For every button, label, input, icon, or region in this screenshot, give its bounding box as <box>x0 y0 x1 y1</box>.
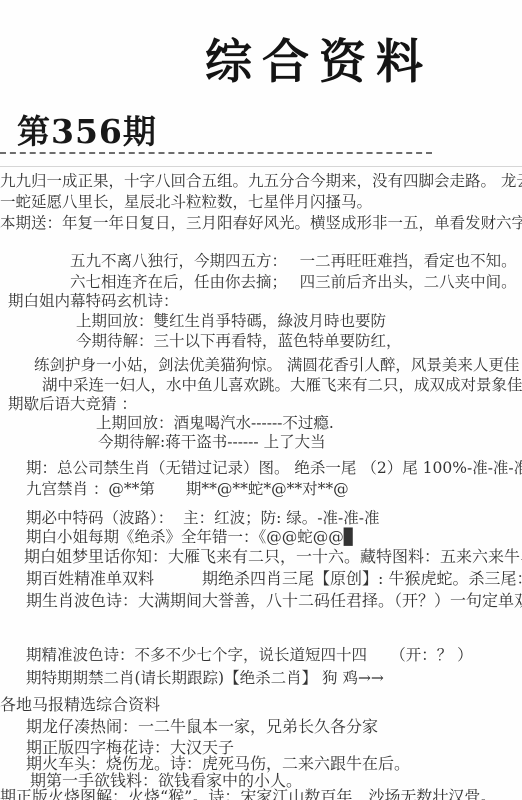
doc-line: 今期待解：三十以下再看特，蓝色特单要防红， <box>0 331 522 352</box>
doc-line: 五九不离八独行，今期四五方： 一二再旺旺难挡，看定也不知。 <box>0 251 522 272</box>
page-title: 综合资料 <box>0 31 522 95</box>
comprehensive-info-page: 综合资料 第356期 九九归一成正果，十字八回合五组。九五分合今期来，没有四脚会… <box>0 0 522 800</box>
doc-line: 上期回放：雙红生肖爭特碼，綠波月時也要防 <box>0 311 522 332</box>
doc-line: 期百姓精准单双料 期绝杀四肖三尾【原创】: 牛猴虎蛇。杀三尾：1、2、3。[开？… <box>0 568 522 589</box>
dashed-separator <box>0 152 432 154</box>
doc-line: 期白小姐每期《绝杀》全年错一：《@@蛇@@▊ <box>0 527 522 548</box>
doc-line: 上期回放：酒鬼喝汽水------不过瘾. <box>0 413 522 434</box>
doc-line: 各地马报精选综合资料 <box>0 694 522 715</box>
doc-line: 期生肖波色诗：大满期间大誉善，八十二码任君择。（开？）一句定单双：一七开三《天 <box>0 590 522 611</box>
document-body: 九九归一成正果，十字八回合五组。九五分合今期来，没有四脚会走路。 龙云三翻江水一… <box>0 169 522 800</box>
doc-line: 期白姐内幕特码玄机诗： <box>0 291 522 312</box>
doc-line: 期歇后语大竞猜 ： <box>0 394 522 415</box>
doc-line: 期龙仔凑热闹：一二牛鼠本一家，兄弟长久各分家 <box>0 716 522 737</box>
issue-heading: 第356期 <box>17 106 157 153</box>
doc-line: 今期待解:蒋干盗书------ 上了大当 <box>0 432 522 453</box>
doc-line: 期正版火烧图解：火烧“猴”。诗：宋家江山数百年，沙场无数壮汉骨。 <box>0 788 522 800</box>
doc-line: 期：总公司禁生肖（无错过记录）图。 绝杀一尾 （2）尾 100%-准-准-准 <box>0 458 522 479</box>
doc-line: 本期送：年复一年日复日，三月阳春好风光。横竖成形非一五，单看发财六字中。 <box>0 213 522 234</box>
faint-separator <box>0 166 522 167</box>
doc-line: 期必中特码（波路）： 主：红波；防: 绿。-准-准-准 <box>0 508 522 529</box>
doc-line: 六七相连齐在后，任由你去摘； 四三前后齐出头，二八夹中间。 <box>0 272 522 293</box>
doc-line: 期火车头：烧伤龙。诗：虎死马伤，二来六跟牛在后。 <box>0 755 522 773</box>
doc-line: 九宫禁肖 ：@**第 期**@**蛇*@**对**@ <box>0 479 522 500</box>
doc-line: 一蛇延愿八里长，星辰北斗粒粒数，七星伴月闪搔马。 <box>0 192 522 213</box>
doc-line: 期精准波色诗：不多不少七个字，说长道短四十四 （开：？ ） <box>0 645 522 666</box>
doc-line: 九九归一成正果，十字八回合五组。九五分合今期来，没有四脚会走路。 龙云三翻江水 <box>0 171 522 192</box>
doc-line: 湖中采连一妇人，水中鱼儿喜欢跳。大雁飞来有二只，成双成对景象佳 <box>0 375 522 396</box>
doc-line: 练剑护身一小姑，剑法优美猫狗惊。 满圆花香引人醉，风景美来人更佳 <box>0 355 522 376</box>
doc-line: 期特期期禁二肖(请长期跟踪)【绝杀二肖】 狗 鸡→→ <box>0 668 522 689</box>
doc-line: 期白姐梦里话你知：大雁飞来有二只，一十六。藏特图料：五来六来牛马发财（开：？ <box>0 546 522 567</box>
